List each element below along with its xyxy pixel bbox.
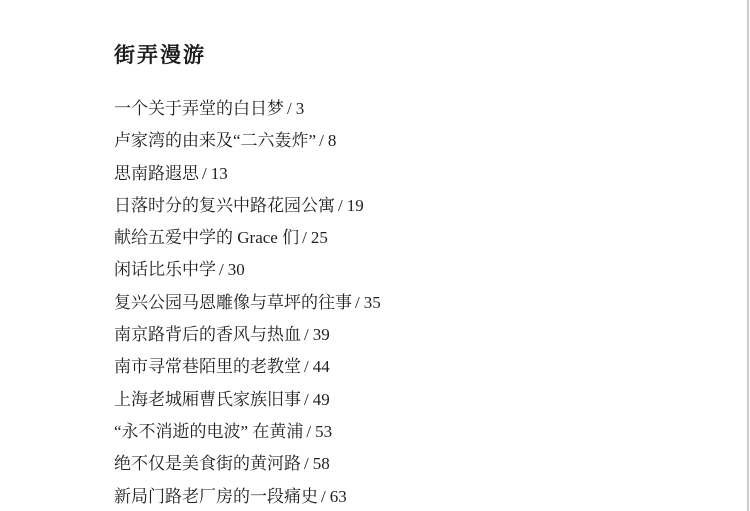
toc-entry-page: 35 (364, 293, 381, 312)
toc-entry: 绝不仅是美食街的黄河路/58 (114, 448, 674, 480)
toc-entry-page: 30 (228, 260, 245, 279)
toc-entry-title: 绝不仅是美食街的黄河路 (114, 454, 301, 473)
toc-separator: / (304, 357, 309, 376)
toc-entry-title: 南京路背后的香风与热血 (114, 325, 301, 344)
toc-separator: / (304, 390, 309, 409)
toc-separator: / (304, 454, 309, 473)
toc-entry: 献给五爱中学的 Grace 们/25 (114, 222, 674, 254)
toc-entry: 日落时分的复兴中路花园公寓/19 (114, 190, 674, 222)
toc-entry-title: 新局门路老厂房的一段痛史 (114, 487, 318, 506)
toc-entry-title: 上海老城厢曹氏家族旧事 (114, 390, 301, 409)
toc-entry: 闲话比乐中学/30 (114, 254, 674, 286)
toc-entry-title: 献给五爱中学的 Grace 们 (114, 228, 299, 247)
toc-entry: 南京路背后的香风与热血/39 (114, 319, 674, 351)
toc-separator: / (338, 196, 343, 215)
toc-separator: / (355, 293, 360, 312)
toc-list: 一个关于弄堂的白日梦/3 卢家湾的由来及“二六轰炸”/8 思南路遐思/13 日落… (114, 93, 674, 511)
toc-entry-page: 19 (347, 196, 364, 215)
toc-separator: / (306, 422, 311, 441)
toc-entry-page: 63 (330, 487, 347, 506)
page-title: 街弄漫游 (114, 42, 674, 68)
toc-entry-title: 日落时分的复兴中路花园公寓 (114, 196, 335, 215)
toc-entry-page: 13 (211, 164, 228, 183)
toc-entry-page: 53 (315, 422, 332, 441)
toc-entry-page: 3 (296, 99, 305, 118)
toc-entry-page: 49 (313, 390, 330, 409)
toc-entry: 复兴公园马恩雕像与草坪的往事/35 (114, 287, 674, 319)
toc-entry: “永不消逝的电波” 在黄浦/53 (114, 416, 674, 448)
toc-separator: / (304, 325, 309, 344)
toc-separator: / (287, 99, 292, 118)
toc-entry-title: 一个关于弄堂的白日梦 (114, 99, 284, 118)
toc-entry: 南市寻常巷陌里的老教堂/44 (114, 351, 674, 383)
toc-entry-page: 39 (313, 325, 330, 344)
toc-entry-title: 卢家湾的由来及“二六轰炸” (114, 131, 316, 150)
toc-entry: 新局门路老厂房的一段痛史/63 (114, 481, 674, 511)
toc-entry-title: “永不消逝的电波” 在黄浦 (114, 422, 303, 441)
toc-content: 街弄漫游 一个关于弄堂的白日梦/3 卢家湾的由来及“二六轰炸”/8 思南路遐思/… (114, 42, 674, 511)
toc-entry-page: 58 (313, 454, 330, 473)
document-page: 街弄漫游 一个关于弄堂的白日梦/3 卢家湾的由来及“二六轰炸”/8 思南路遐思/… (0, 0, 750, 511)
toc-entry: 思南路遐思/13 (114, 158, 674, 190)
page-edge-divider (747, 0, 749, 511)
toc-entry-title: 复兴公园马恩雕像与草坪的往事 (114, 293, 352, 312)
toc-separator: / (219, 260, 224, 279)
toc-entry-title: 思南路遐思 (114, 164, 199, 183)
toc-entry-page: 8 (328, 131, 337, 150)
toc-separator: / (302, 228, 307, 247)
toc-entry: 上海老城厢曹氏家族旧事/49 (114, 384, 674, 416)
toc-separator: / (202, 164, 207, 183)
toc-entry-page: 44 (313, 357, 330, 376)
toc-entry-title: 闲话比乐中学 (114, 260, 216, 279)
toc-entry-title: 南市寻常巷陌里的老教堂 (114, 357, 301, 376)
toc-separator: / (319, 131, 324, 150)
toc-entry: 卢家湾的由来及“二六轰炸”/8 (114, 125, 674, 157)
toc-separator: / (321, 487, 326, 506)
toc-entry-page: 25 (311, 228, 328, 247)
toc-entry: 一个关于弄堂的白日梦/3 (114, 93, 674, 125)
